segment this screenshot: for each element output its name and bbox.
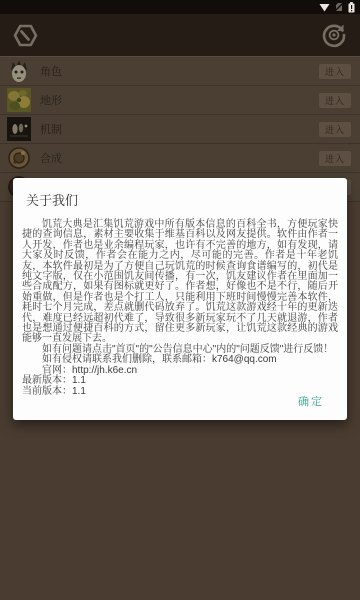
enter-button[interactable]: 进入 <box>319 151 351 166</box>
dialog-body: 饥荒大典是汇集饥荒游戏中所有版本信息的百科全书，方便玩家快捷的查询信息，素材主要… <box>22 220 338 397</box>
list-item-terrain[interactable]: 地形 进入 <box>0 86 360 115</box>
list-item-crafting[interactable]: 合成 进入 <box>0 144 360 173</box>
character-icon <box>7 59 31 83</box>
no-sim-icon <box>334 2 344 12</box>
list-item-label: 地形 <box>40 92 319 108</box>
battery-alert-icon <box>348 2 355 13</box>
crafting-icon <box>7 146 31 170</box>
about-text-main: 饥荒大典是汇集饥荒游戏中所有版本信息的百科全书，方便玩家快捷的查询信息，素材主要… <box>22 220 338 345</box>
list-item-label: 角色 <box>40 63 319 79</box>
current-version-text: 当前版本：1.1 <box>22 387 338 397</box>
list-item-mechanics[interactable]: 机制 进入 <box>0 115 360 144</box>
refresh-icon[interactable] <box>320 21 348 49</box>
wifi-icon <box>319 3 330 12</box>
terrain-icon <box>7 88 31 112</box>
list-item-label: 合成 <box>40 150 319 166</box>
confirm-button[interactable]: 确定 <box>295 391 327 411</box>
status-bar <box>0 0 360 14</box>
enter-button[interactable]: 进入 <box>319 64 351 79</box>
dialog-title: 关于我们 <box>26 190 338 209</box>
mechanics-icon <box>7 117 31 141</box>
latest-version-text: 最新版本：1.1 <box>22 376 338 386</box>
hexagon-logo-icon[interactable] <box>12 22 39 49</box>
enter-button[interactable]: 进入 <box>319 93 351 108</box>
list-item-label: 机制 <box>40 121 319 137</box>
enter-button[interactable]: 进入 <box>319 122 351 137</box>
about-dialog: 关于我们 饥荒大典是汇集饥荒游戏中所有版本信息的百科全书，方便玩家快捷的查询信息… <box>13 178 347 420</box>
list-item-character[interactable]: 角色 进入 <box>0 57 360 86</box>
app-bar <box>0 14 360 56</box>
